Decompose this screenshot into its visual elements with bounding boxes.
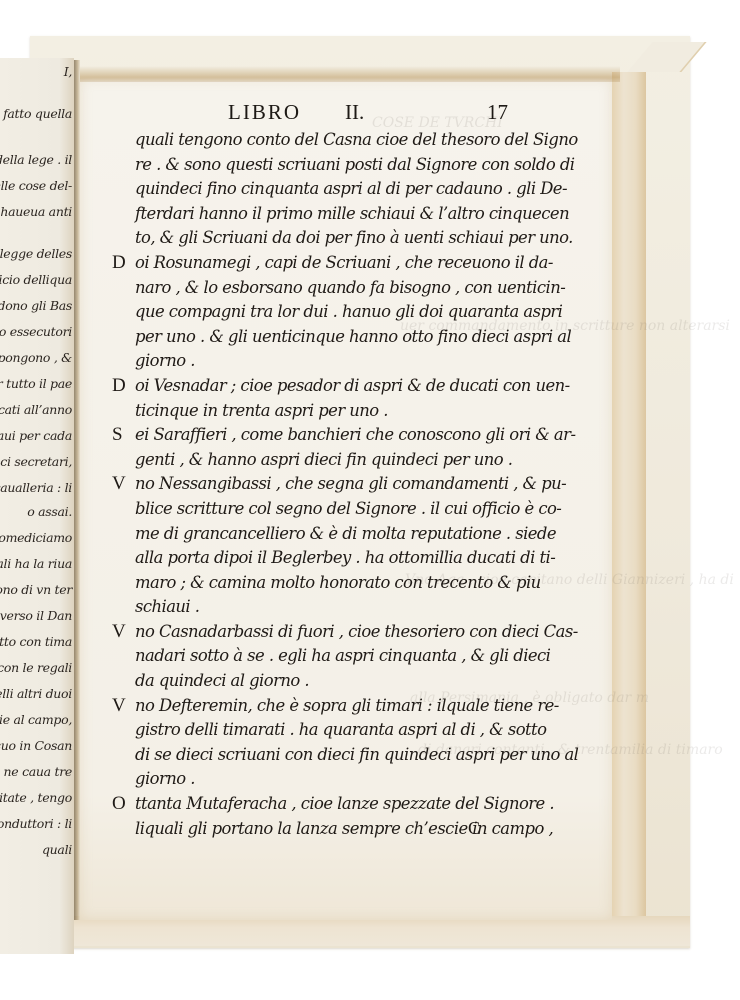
line-text: liquali gli portano la lanza sempre ch’e… — [135, 819, 553, 838]
left-page-line: che è verso il Dan — [0, 608, 72, 623]
line-text: ticinque in trenta aspri per uno . — [135, 401, 388, 420]
left-page-line: che nelle cose del- — [0, 178, 72, 193]
paragraph-initial: V — [112, 472, 125, 497]
line-text: blice scritture col segno del Signore . … — [135, 499, 561, 518]
text-line: per uno . & gli uenticinque hanno otto f… — [135, 325, 555, 350]
line-text: quindeci fino cinquanta aspri al di per … — [135, 179, 567, 198]
line-text: giorno . — [135, 769, 195, 788]
text-line: maro ; & camina molto honorato con trece… — [135, 571, 555, 596]
text-line: Doi Vesnadar ; cioe pesador di aspri & d… — [135, 374, 555, 399]
left-page-line: nte suo in Cosan — [0, 738, 72, 753]
text-line: Ottanta Mutaferacha , cioe lanze spezzat… — [135, 792, 555, 817]
left-page-line: quali — [42, 842, 72, 857]
line-text: maro ; & camina molto honorato con trece… — [135, 573, 541, 592]
line-text: oi Vesnadar ; cioe pesador di aspri & de… — [135, 376, 570, 395]
line-text: da quindeci al giorno . — [135, 671, 309, 690]
text-line: da quindeci al giorno . — [135, 669, 555, 694]
left-page-line: r precedono gli Bas — [0, 298, 72, 313]
left-page-line: ore escie al campo, — [0, 712, 72, 727]
left-page-line: menti. Sono essecutori — [0, 324, 72, 339]
text-line: liquali gli portano la lanza sempre ch’e… — [135, 817, 555, 842]
line-text: no Casnadarbassi di fuori , cioe thesori… — [135, 622, 578, 641]
left-page-line: nolti conduttori : li — [0, 816, 72, 831]
left-page-line: Bassa pongono , & — [0, 350, 72, 365]
text-line: giorno . — [135, 349, 555, 374]
left-page-line: o assai. — [27, 504, 72, 519]
left-page-line: nche con le regali — [0, 660, 72, 675]
line-text: to, & gli Scriuani da doi per fino à uen… — [135, 228, 573, 247]
paragraph-initial: D — [112, 251, 125, 276]
left-page-line: ri della legge delles — [0, 246, 72, 261]
left-page-line: ell’Egitto con tima — [0, 634, 72, 649]
line-text: alla porta dipoi il Beglerbey . ha ottom… — [135, 548, 555, 567]
paragraph-initial: O — [112, 792, 125, 817]
left-page-line: millia ducati all’anno — [0, 402, 72, 417]
text-line: quindeci fino cinquanta aspri al di per … — [135, 177, 555, 202]
text-line: giorno . — [135, 767, 555, 792]
line-text: genti , & hanno aspri dieci fin quindeci… — [135, 450, 512, 469]
left-page-line: n dignitate , tengo — [0, 790, 72, 805]
line-text: que compagni tra lor dui . hanuo gli doi… — [135, 302, 562, 321]
cover-turn-in-bottom — [58, 916, 690, 946]
left-page-line: ura delli altri duoi — [0, 686, 72, 701]
paragraph-initial: D — [112, 374, 125, 399]
paragraph-initial: S — [112, 423, 122, 448]
text-line: blice scritture col segno del Signore . … — [135, 497, 555, 522]
text-line: schiaui . — [135, 595, 555, 620]
left-page-line: po della lege . il — [0, 152, 72, 167]
line-text: quali tengono conto del Casna cioe del t… — [135, 130, 578, 149]
running-head-title: LIBRO — [228, 100, 301, 125]
left-page: I,no in fatto quellapo della lege . ilch… — [0, 58, 74, 954]
text-line: ticinque in trenta aspri per uno . — [135, 399, 555, 424]
line-text: no Nessangibassi , che segna gli comanda… — [135, 474, 566, 493]
left-page-line: e vengono di vn ter — [0, 582, 72, 597]
signature-mark: C — [468, 818, 480, 839]
top-edge-stain — [80, 66, 620, 82]
line-text: per uno . & gli uenticinque hanno otto f… — [135, 327, 571, 346]
left-page-line: ficio di caualleria : li — [0, 480, 72, 495]
cover-turn-in-right — [612, 72, 646, 920]
line-text: ei Saraffieri , come banchieri che conos… — [135, 425, 575, 444]
left-page-line: I, — [64, 64, 72, 79]
text-line: di se dieci scriuani con dieci fin quind… — [135, 743, 555, 768]
left-page-line: nore dieci secretari, — [0, 454, 72, 469]
line-text: gistro delli timarati . ha quaranta aspr… — [135, 720, 546, 739]
text-line: Vno Defteremin, che è sopra gli timari :… — [135, 694, 555, 719]
line-text: di se dieci scriuani con dieci fin quind… — [135, 745, 578, 764]
line-text: naro , & lo esborsano quando fa bisogno … — [135, 278, 565, 297]
line-text: oi Rosunamegi , capi de Scriuani , che r… — [135, 253, 553, 272]
line-text: ttanta Mutaferacha , cioe lanze spezzate… — [135, 794, 554, 813]
line-text: schiaui . — [135, 597, 199, 616]
left-page-line: de i quali ha la riua — [0, 556, 72, 571]
text-line: nadari sotto à se . egli ha aspri cinqua… — [135, 644, 555, 669]
paragraph-initial: V — [112, 694, 125, 719]
running-head: LIBRO II. 17 — [0, 100, 740, 124]
line-text: re . & sono questi scriuani posti dal Si… — [135, 155, 574, 174]
text-line: alla porta dipoi il Beglerbey . ha ottom… — [135, 546, 555, 571]
text-line: quali tengono conto del Casna cioe del t… — [135, 128, 555, 153]
text-line: genti , & hanno aspri dieci fin quindeci… — [135, 448, 555, 473]
left-page-line: nto schiaui per cada — [0, 428, 72, 443]
line-text: giorno . — [135, 351, 195, 370]
text-line: to, & gli Scriuani da doi per fino à uen… — [135, 226, 555, 251]
left-page-line: tati per tutto il pae — [0, 376, 72, 391]
left-page-line: tosto , comediciamo — [0, 530, 72, 545]
text-line: re . & sono questi scriuani posti dal Si… — [135, 153, 555, 178]
left-page-line: ro , ma ne caua tre — [0, 764, 72, 779]
text-line: fterdari hanno il primo mille schiaui & … — [135, 202, 555, 227]
text-line: Vno Casnadarbassi di fuori , cioe thesor… — [135, 620, 555, 645]
left-page-line: io che haueua anti — [0, 204, 72, 219]
running-head-book-number: II. — [345, 100, 364, 125]
left-page-line: a. L’officio delliqua — [0, 272, 72, 287]
line-text: nadari sotto à se . egli ha aspri cinqua… — [135, 646, 550, 665]
body-text: quali tengono conto del Casna cioe del t… — [135, 128, 555, 841]
text-line: Sei Saraffieri , come banchieri che cono… — [135, 423, 555, 448]
text-line: Vno Nessangibassi , che segna gli comand… — [135, 472, 555, 497]
line-text: me di grancancelliero & è di molta reput… — [135, 524, 556, 543]
paragraph-initial: V — [112, 620, 125, 645]
text-line: gistro delli timarati . ha quaranta aspr… — [135, 718, 555, 743]
page-number: 17 — [487, 100, 508, 125]
text-line: que compagni tra lor dui . hanuo gli doi… — [135, 300, 555, 325]
line-text: fterdari hanno il primo mille schiaui & … — [135, 204, 569, 223]
text-line: naro , & lo esborsano quando fa bisogno … — [135, 276, 555, 301]
text-line: me di grancancelliero & è di molta reput… — [135, 522, 555, 547]
line-text: no Defteremin, che è sopra gli timari : … — [135, 696, 559, 715]
text-line: Doi Rosunamegi , capi de Scriuani , che … — [135, 251, 555, 276]
